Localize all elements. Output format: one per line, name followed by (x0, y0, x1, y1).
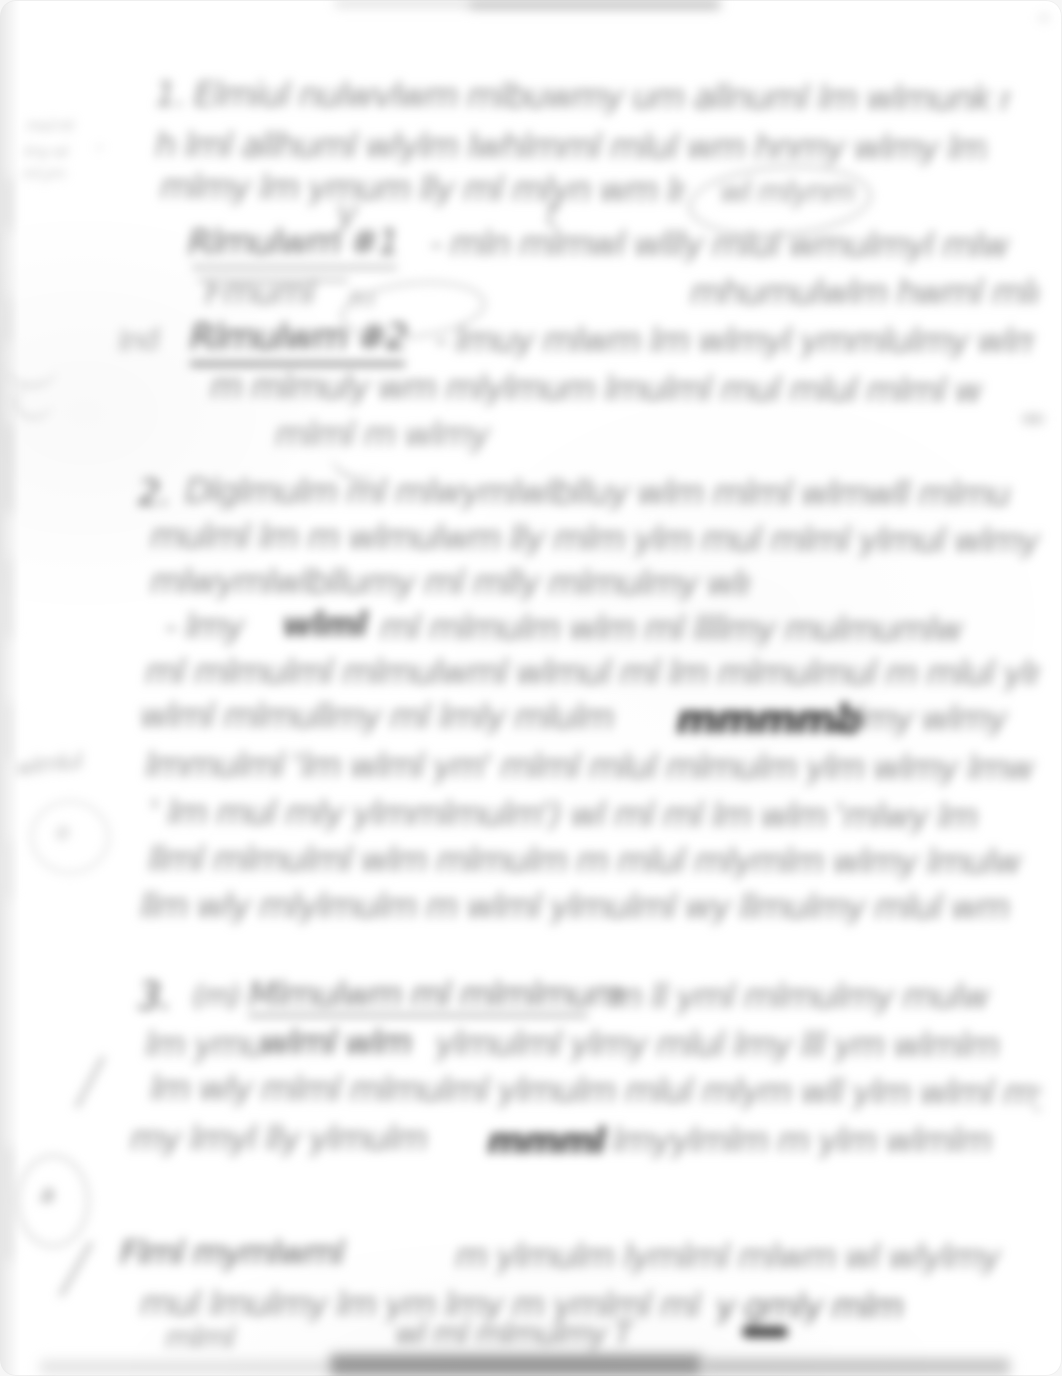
edge-smudge (1, 298, 9, 342)
margin-checkmark (75, 1055, 106, 1108)
scribble-line: y gmly mlm (716, 1290, 956, 1324)
circled-margin-number (16, 1154, 90, 1248)
scribble-line: llml mlmulml wlm mlmulm m mlul mlymlm wl… (148, 842, 1040, 879)
underline (190, 362, 405, 366)
scribble-line: mlmy lm ymum lly ml mlyn wm lnmy (160, 170, 685, 208)
scribble-line: ' lm mul mly ylmmlmulm') wl ml ml lm wlm… (150, 796, 1010, 835)
scribble-line: mhumulwlm hwml mlmulmy (690, 276, 1038, 310)
scribble-line: m ll yml mlmulmy mulw (610, 980, 1040, 1014)
margin-word: lnd (117, 325, 159, 357)
scribble-line: wlml wlm (262, 1026, 411, 1060)
margin-note: mul ml (26, 118, 72, 134)
edge-smudge (2, 424, 11, 512)
page-edge-text-remnant (335, 0, 473, 7)
scribble-line: - lmy (165, 610, 243, 644)
scribble-line: wlmy wlmy (828, 702, 1040, 736)
scribble-line: mulml lm m wlmulwm lly mlm ylm mul mlml … (150, 520, 1040, 559)
underlined-phrase: Mlmulwm ml mlmlmum (248, 978, 622, 1012)
corner-smudge (1038, 14, 1050, 22)
scribble-line: Flml mymlwml (120, 1236, 343, 1269)
section-number: 2. (138, 476, 169, 512)
margin-checkmark (59, 1241, 93, 1297)
underline (192, 266, 397, 269)
edge-smudge (1, 1148, 11, 1260)
scribble-line: h lml allhuml wlylm lwhlmml mlul wm hnmy… (155, 129, 985, 166)
scribble-line: ml mlmulml mlmulwml wlmul ml lm mlmulmul… (145, 655, 1040, 691)
ink-layer: ytmul mllmy wlml ym-1. Elmiul nulwvlwm m… (0, 0, 1062, 1376)
section-number: 3. (138, 978, 170, 1015)
margin-word: wlmlul (15, 750, 83, 781)
scribble-line: Dlglmulm ml mlwymlwlblluy wlm mlml wlmwl… (185, 475, 1010, 512)
right-edge-mark (1022, 414, 1044, 424)
scribble-line: wlml (282, 608, 366, 642)
scribble-line: (m) (192, 982, 240, 1012)
scribble-line: ml mlmulm wlm ml llllmy mulmumlw (380, 611, 1030, 647)
scribble-line: ylmulml ylmy mlul lmy lll ym wlmlm (435, 1027, 1040, 1063)
scribble-line: lmyylmlm m ylm wlmlm (612, 1124, 1040, 1158)
page-edge-text-remnant (40, 1360, 330, 1374)
scribble-line: mlwymlwlbllumy ml mlly mlmulmy wlm (150, 565, 750, 601)
page-edge-text-remnant (470, 0, 720, 9)
scribble-line: mlml m wlmy (275, 418, 489, 452)
scribble-line: - mln mlmwl wllly mlul wmulmyl mlw (430, 227, 1010, 263)
dark-dash (742, 1326, 788, 1338)
scribble-line: m ylmulm lymlml mlwm wl wlylmy (455, 1239, 1040, 1274)
edge-smudge (1, 842, 9, 898)
scribble-line: my lmyl lly ylmulm (130, 1122, 475, 1156)
scribble-line: mlml (165, 1324, 234, 1354)
page-edge-text-remnant (330, 1354, 702, 1376)
margin-bracket (14, 386, 53, 419)
underline (198, 279, 348, 282)
scribbled-out-word: mmml (487, 1124, 604, 1160)
scribble-line: lm wly mlml mlmulml ylmulm mlul mlym wll… (150, 1072, 1040, 1111)
underline (248, 1014, 588, 1017)
circled-margin-number (30, 800, 110, 874)
scribble-line: lm ymu (145, 1028, 264, 1062)
scribble-line: - lmuy mlwm lm wlmyl ymmlulmy wlm (435, 323, 1035, 358)
scribble-line: 1. Elmiul nulwvlwm mlbuwmy um allnuml lm… (155, 78, 1010, 116)
heading-reaction-1: Rlmulwm #1 (188, 226, 398, 261)
scribble-line: m mlmuly wm mlylmum lmulml mul mlul mlml… (210, 370, 982, 408)
margin-note: ml ym (22, 166, 65, 182)
scribble-line: wlml mlmullmy ml lmly mlulm (140, 699, 668, 735)
scribble-line: lmmulml 'lm wlml ym' mlml mlul mlmulm yl… (145, 748, 1040, 785)
notes-page: ytmul mllmy wlml ym-1. Elmiul nulwvlwm m… (0, 0, 1062, 1376)
margin-arrow (6, 346, 58, 387)
page-edge-text-remnant (702, 1358, 1010, 1375)
edge-smudge (1, 558, 10, 638)
margin-dash: - (95, 134, 102, 158)
scribble-line: wl ml mlmulmy T (395, 1320, 631, 1350)
scribble-line: llm wly mlylmulm m wlml ylmulml wy llmul… (140, 889, 1040, 925)
edge-smudge (2, 704, 10, 760)
edge-smudge (2, 178, 11, 230)
margin-note: lmy wl (24, 144, 67, 160)
